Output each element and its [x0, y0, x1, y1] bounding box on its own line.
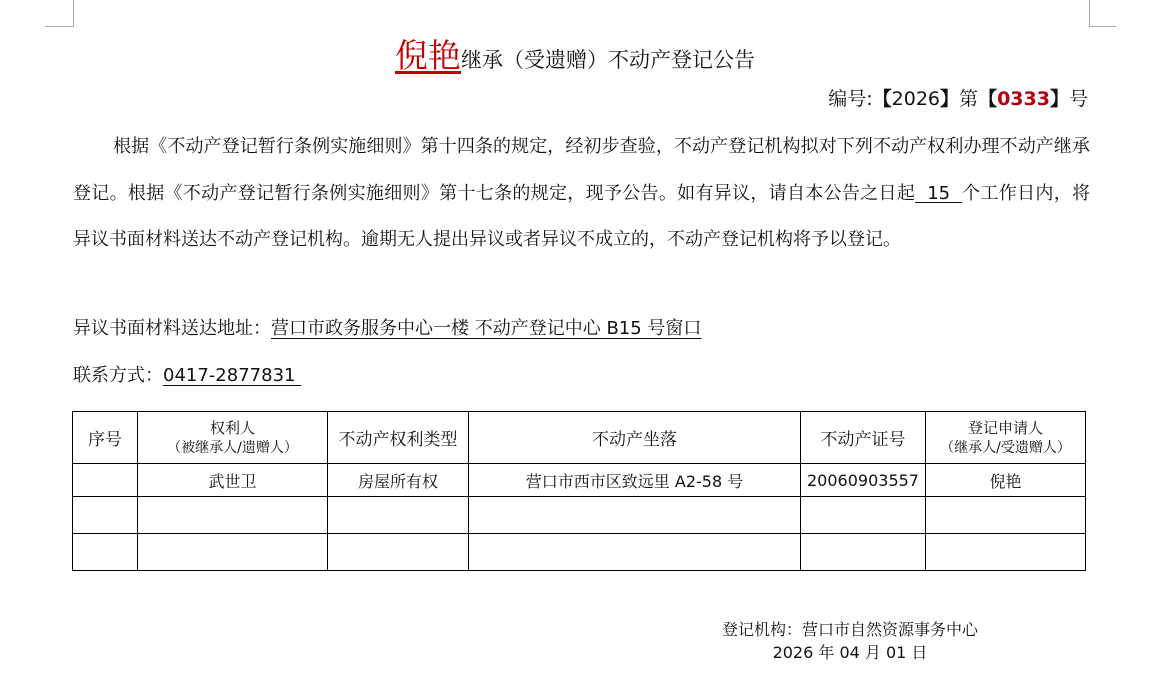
- cell-cert-no: [801, 497, 926, 534]
- page-corner-mark-top-left: [45, 0, 74, 27]
- table-row: [73, 534, 1086, 571]
- header-applicant-sub: （继承人/受遗赠人）: [926, 438, 1085, 458]
- cell-seq: [73, 497, 138, 534]
- cell-cert-no: 20060903557: [801, 464, 926, 497]
- contact-phone: 0417-2877831: [163, 365, 301, 386]
- page-corner-mark-top-right: [1089, 0, 1116, 27]
- bracket-open: 【: [873, 88, 892, 110]
- bracket-open: 【: [978, 88, 997, 110]
- announcement-paragraph: 根据《不动产登记暂行条例实施细则》第十四条的规定，经初步查验，不动产登记机构拟对…: [73, 124, 1090, 264]
- objection-days-blank: 15: [915, 183, 962, 204]
- header-holder: 权利人 （被继承人/遗赠人）: [138, 412, 328, 464]
- contact-label: 联系方式：: [73, 365, 163, 386]
- doc-number-label: 编号:: [828, 88, 872, 110]
- table-header-row: 序号 权利人 （被继承人/遗赠人） 不动产权利类型 不动产坐落 不动产证号 登记…: [73, 412, 1086, 464]
- header-seq: 序号: [73, 412, 138, 464]
- header-right-type: 不动产权利类型: [328, 412, 469, 464]
- header-holder-sub: （被继承人/遗赠人）: [138, 438, 327, 458]
- doc-number-di: 第: [959, 88, 978, 110]
- contact-line: 联系方式：0417-2877831: [73, 361, 301, 387]
- document-title: 倪艳继承（受遗赠）不动产登记公告: [0, 30, 1150, 77]
- bracket-close: 】: [940, 88, 959, 110]
- header-location: 不动产坐落: [469, 412, 801, 464]
- cell-holder: [138, 534, 328, 571]
- bracket-close: 】: [1050, 88, 1069, 110]
- table-row: 武世卫 房屋所有权 营口市西市区致远里 A2-58 号 20060903557 …: [73, 464, 1086, 497]
- announcement-date: 2026 年 04 月 01 日: [690, 641, 1010, 664]
- cell-right-type: [328, 534, 469, 571]
- header-holder-main: 权利人: [138, 418, 327, 438]
- cell-seq: [73, 534, 138, 571]
- cell-holder: [138, 497, 328, 534]
- cell-applicant: 倪艳: [926, 464, 1086, 497]
- registration-authority: 登记机构：营口市自然资源事务中心: [690, 618, 1010, 641]
- cell-applicant: [926, 497, 1086, 534]
- doc-number-suffix: 号: [1069, 88, 1088, 110]
- address-label: 异议书面材料送达地址：: [73, 318, 271, 339]
- cell-right-type: [328, 497, 469, 534]
- registration-table: 序号 权利人 （被继承人/遗赠人） 不动产权利类型 不动产坐落 不动产证号 登记…: [72, 411, 1086, 571]
- cell-applicant: [926, 534, 1086, 571]
- cell-seq: [73, 464, 138, 497]
- signature-block: 登记机构：营口市自然资源事务中心 2026 年 04 月 01 日: [690, 618, 1010, 664]
- doc-number-serial: 0333: [997, 88, 1050, 110]
- cell-right-type: 房屋所有权: [328, 464, 469, 497]
- cell-holder: 武世卫: [138, 464, 328, 497]
- address-value: 营口市政务服务中心一楼 不动产登记中心 B15 号窗口: [271, 318, 701, 339]
- cell-location: 营口市西市区致远里 A2-58 号: [469, 464, 801, 497]
- header-applicant-main: 登记申请人: [926, 418, 1085, 438]
- objection-address-line: 异议书面材料送达地址：营口市政务服务中心一楼 不动产登记中心 B15 号窗口: [73, 314, 701, 340]
- cell-location: [469, 534, 801, 571]
- header-applicant: 登记申请人 （继承人/受遗赠人）: [926, 412, 1086, 464]
- doc-number-year: 2026: [892, 88, 940, 110]
- document-number: 编号:【2026】第【0333】号: [828, 84, 1088, 111]
- title-text: 继承（受遗赠）不动产登记公告: [461, 48, 755, 72]
- title-applicant-name: 倪艳: [395, 36, 461, 75]
- header-cert-no: 不动产证号: [801, 412, 926, 464]
- table-row: [73, 497, 1086, 534]
- cell-location: [469, 497, 801, 534]
- cell-cert-no: [801, 534, 926, 571]
